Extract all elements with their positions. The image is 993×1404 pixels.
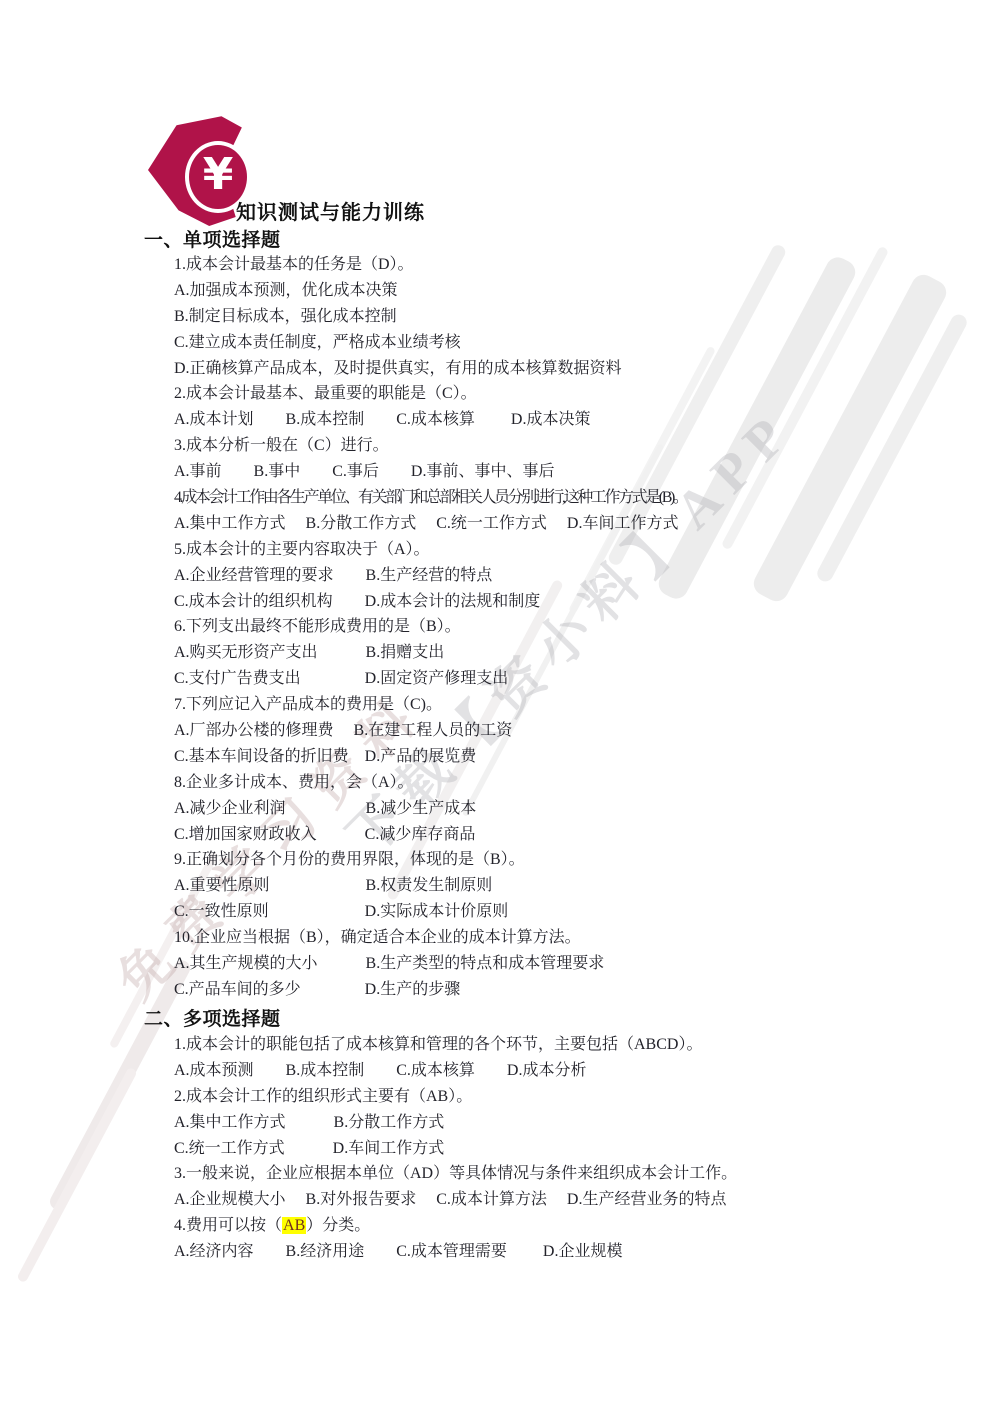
text-line: B.制定目标成本，强化成本控制 [174,304,687,330]
text-line: 4.费用可以按（AB）分类。 [174,1213,737,1239]
text-line: A.事前 B.事中 C.事后 D.事前、事中、事后 [174,459,687,485]
text-line: A.其生产规模的大小 B.生产类型的特点和成本管理要求 [174,951,687,977]
text-segment: ）分类。 [306,1217,370,1234]
highlighted-answer: AB [282,1217,306,1234]
text-line: A.集中工作方式 B.分散工作方式 C.统一工作方式 D.车间工作方式 [174,511,687,537]
text-line: A.购买无形资产支出 B.捐赠支出 [174,640,687,666]
text-line: 7.下列应记入产品成本的费用是（C)。 [174,692,687,718]
yen-icon: ¥ [203,153,234,197]
text-line: A.企业经营管理的要求 B.生产经营的特点 [174,563,687,589]
section-1-body: 1.成本会计最基本的任务是（D）。A.加强成本预测，优化成本决策B.制定目标成本… [174,252,687,1003]
text-line: A.企业规模大小 B.对外报告要求 C.成本计算方法 D.生产经营业务的特点 [174,1187,737,1213]
text-line: C.成本会计的组织机构 D.成本会计的法规和制度 [174,589,687,615]
brush-stroke [16,1067,138,1284]
text-line: 2.成本会计最基本、最重要的职能是（C）。 [174,381,687,407]
text-line: A.厂部办公楼的修理费 B.在建工程人员的工资 [174,718,687,744]
text-line: C.一致性原则 D.实际成本计价原则 [174,899,687,925]
text-line: A.重要性原则 B.权责发生制原则 [174,873,687,899]
text-line: C.增加国家财政收入 C.减少库存商品 [174,822,687,848]
page-title: 知识测试与能力训练 [236,196,425,225]
section-2-heading: 二、多项选择题 [144,1004,281,1031]
document-page: 免费学习资料 下载【资小料】APP ¥ 知识测试与能力训练 一、单项选择题 1.… [0,0,993,1404]
text-line: 1.成本会计的职能包括了成本核算和管理的各个环节，主要包括（ABCD）。 [174,1032,737,1058]
text-line: 2.成本会计工作的组织形式主要有（AB）。 [174,1084,737,1110]
text-segment: 4.费用可以按（ [174,1217,282,1234]
text-line: 4.成本会计工作由各生产单位、有关部门和总部相关人员分别进行,这种工作方式是(B… [174,485,687,511]
text-line: 10.企业应当根据（B），确定适合本企业的成本计算方法。 [174,925,687,951]
section-2-body: 1.成本会计的职能包括了成本核算和管理的各个环节，主要包括（ABCD）。A.成本… [174,1032,737,1265]
text-line: C.产品车间的多少 D.生产的步骤 [174,977,687,1003]
text-line: 6.下列支出最终不能形成费用的是（B）。 [174,614,687,640]
text-line: 8.企业多计成本、费用，会（A）。 [174,770,687,796]
text-line: C.支付广告费支出 D.固定资产修理支出 [174,666,687,692]
text-line: 5.成本会计的主要内容取决于（A）。 [174,537,687,563]
text-line: 1.成本会计最基本的任务是（D）。 [174,252,687,278]
text-line: 3.成本分析一般在（C）进行。 [174,433,687,459]
text-line: A.加强成本预测，优化成本决策 [174,278,687,304]
text-line: A.减少企业利润 B.减少生产成本 [174,796,687,822]
text-line: 3.一般来说，企业应根据本单位（AD）等具体情况与条件来组织成本会计工作。 [174,1161,737,1187]
text-line: C.建立成本责任制度，严格成本业绩考核 [174,330,687,356]
text-line: A.成本预测 B.成本控制 C.成本核算 D.成本分析 [174,1058,737,1084]
text-line: C.统一工作方式 D.车间工作方式 [174,1136,737,1162]
text-line: A.成本计划 B.成本控制 C.成本核算 D.成本决策 [174,407,687,433]
section-1-heading: 一、单项选择题 [144,225,281,252]
text-line: D.正确核算产品成本，及时提供真实，有用的成本核算数据资料 [174,356,687,382]
text-line: 9.正确划分各个月份的费用界限，体现的是（B）。 [174,847,687,873]
text-line: A.集中工作方式 B.分散工作方式 [174,1110,737,1136]
yuan-logo: ¥ [148,114,250,226]
text-line: C.基本车间设备的折旧费 D.产品的展览费 [174,744,687,770]
text-line: A.经济内容 B.经济用途 C.成本管理需要 D.企业规模 [174,1239,737,1265]
